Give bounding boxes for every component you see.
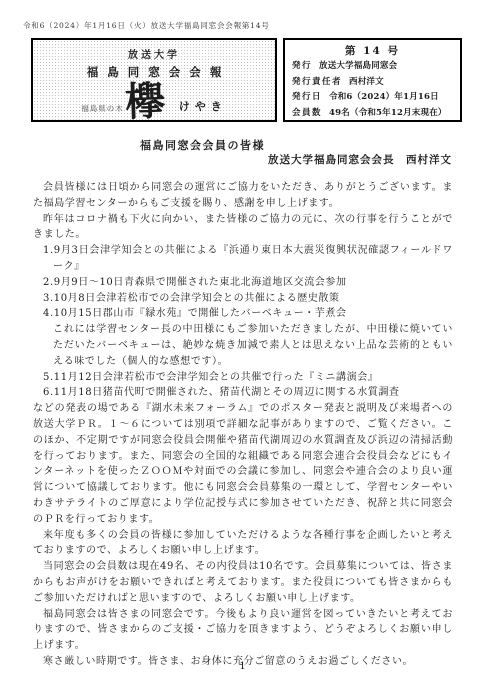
responsible-editor-row: 発行責任者 西村洋文 bbox=[292, 75, 453, 91]
body-paragraph: などの発表の場である『湖水未来フォーラム』でのポスター発表と説明及び来場者への放… bbox=[33, 401, 453, 527]
publication-info-box: 第 14 号 発行 放送大学福島同窓会 発行責任者 西村洋文 発行日 令和6（2… bbox=[283, 38, 462, 122]
letter-author-signature: 放送大学福島同窓会会長 西村洋文 bbox=[268, 152, 452, 167]
member-count-value: 49名（令和5年12月末現在） bbox=[329, 106, 447, 122]
body-paragraph: 会員皆様には日頃から同窓会の運営にご協力をいただき、ありがとうございます。また福… bbox=[33, 180, 453, 212]
event-list-item: 6.11月18日猪苗代町で開催された、猪苗代湖とその周辺に関する水質調査 bbox=[33, 385, 453, 401]
body-paragraph: 福島同窓会は皆さまの同窓会です。今後もより良い運営を図っていきたいと考えておりま… bbox=[33, 607, 453, 654]
event-list-note: これには学習センター長の中田様にもご参加いただきましたが、中田様に焼いていただい… bbox=[33, 322, 453, 369]
prefecture-tree-label: 福島県の木 bbox=[81, 103, 124, 122]
event-list-item: 2.9月9日～10日青森県で開催された東北北海道地区交流会参加 bbox=[33, 275, 453, 291]
responsible-editor-label: 発行責任者 bbox=[292, 75, 342, 91]
keyaki-reading: けやき bbox=[179, 98, 227, 122]
publisher-row: 発行 放送大学福島同窓会 bbox=[292, 59, 453, 75]
event-list-item: 4.10月15日郡山市『緑水苑』で開催したバーベキュー・芋煮会 bbox=[33, 306, 453, 322]
keyaki-calligraphy: 欅 bbox=[124, 80, 165, 122]
issue-date-label: 発行日 bbox=[292, 90, 322, 106]
body-paragraph: 昨年はコロナ禍も下火に向かい、また皆様のご協力の元に、次の行事を行うことができま… bbox=[33, 212, 453, 244]
letter-salutation: 福島同窓会会員の皆様 bbox=[140, 137, 265, 153]
issue-date-value: 令和6（2024）年1月16日 bbox=[329, 90, 439, 106]
prefecture-tree-row: 福島県の木 欅 けやき bbox=[33, 81, 275, 122]
newsletter-page: 令和6（2024）年1月16日（火）放送大学福島同窓会会報第14号 放送大学 福… bbox=[0, 0, 485, 692]
body-paragraph: 来年度も多くの会員の皆様に参加していただけるような各種行事を企画したいと考えてお… bbox=[33, 528, 453, 560]
event-list-item: 3.10月8日会津若松市での会津学知会との共催による歴史散策 bbox=[33, 291, 453, 307]
issue-date-row: 発行日 令和6（2024）年1月16日 bbox=[292, 90, 453, 106]
masthead-university-name: 放送大学 bbox=[33, 46, 275, 61]
event-list-item: 5.11月12日会津若松市で会津学知会との共催で行った『ミニ講演会』 bbox=[33, 370, 453, 386]
publisher-label: 発行 bbox=[292, 59, 312, 75]
responsible-editor-value: 西村洋文 bbox=[349, 75, 384, 91]
running-header: 令和6（2024）年1月16日（火）放送大学福島同窓会会報第14号 bbox=[23, 20, 270, 31]
letter-body: 会員皆様には日頃から同窓会の運営にご協力をいただき、ありがとうございます。また福… bbox=[33, 180, 453, 670]
header-boxes: 放送大学 福島同窓会会報 福島県の木 欅 けやき 第 14 号 発行 放送大学福… bbox=[31, 38, 462, 122]
body-paragraph: 当同窓会の会員数は現在49名、その内役員は10名です。会員募集については、皆さま… bbox=[33, 559, 453, 606]
page-number: 1 bbox=[0, 661, 485, 672]
member-count-row: 会員数 49名（令和5年12月末現在） bbox=[292, 106, 453, 122]
publisher-value: 放送大学福島同窓会 bbox=[319, 59, 397, 75]
issue-number: 第 14 号 bbox=[292, 44, 453, 59]
member-count-label: 会員数 bbox=[292, 106, 322, 122]
masthead-box: 放送大学 福島同窓会会報 福島県の木 欅 けやき bbox=[31, 38, 277, 122]
event-list-item: 1.9月3日会津学知会との共催による『浜通り東日本大震災復興状況確認フィールドワ… bbox=[33, 243, 453, 275]
